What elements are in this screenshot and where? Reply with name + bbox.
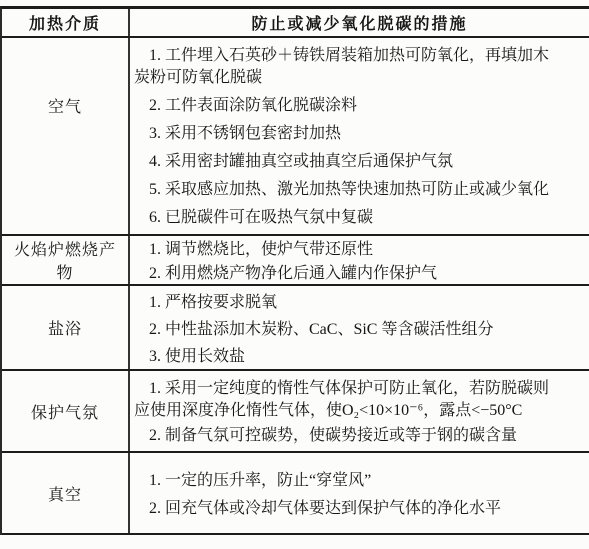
measure-line: 2. 利用燃烧产物净化后通入罐内作保护气 bbox=[134, 262, 585, 284]
measure-item: 3. 使用长效盐 bbox=[134, 346, 585, 368]
measure-item: 6. 已脱碳件可在吸热气氛中复碳 bbox=[134, 207, 585, 229]
measure-item: 3. 采用不锈钢包套密封加热 bbox=[134, 123, 585, 145]
heating-medium-label: 真空 bbox=[2, 453, 130, 533]
table-row: 空气1. 工件埋入石英砂＋铸铁屑装箱加热可防氧化，再填加木炭粉可防氧化脱碳2. … bbox=[2, 38, 589, 236]
heating-medium-label: 火焰炉燃烧产物 bbox=[2, 236, 130, 284]
scanned-document-page: 加热介质 防止或减少氧化脱碳的措施 空气1. 工件埋入石英砂＋铸铁屑装箱加热可防… bbox=[0, 0, 589, 549]
measures-cell: 1. 调节燃烧比，使炉气带还原性2. 利用燃烧产物净化后通入罐内作保护气 bbox=[130, 236, 589, 284]
measure-line: 4. 采用密封罐抽真空或抽真空后通保护气氛 bbox=[134, 151, 585, 173]
measure-item: 1. 调节燃烧比，使炉气带还原性 bbox=[134, 238, 585, 261]
measure-item: 2. 回充气体或冷却气体要达到保护气体的净化水平 bbox=[134, 498, 585, 520]
measure-item: 2. 中性盐添加木炭粉、CaC、SiC 等含碳活性组分 bbox=[134, 319, 585, 341]
measure-item: 1. 工件埋入石英砂＋铸铁屑装箱加热可防氧化，再填加木炭粉可防氧化脱碳 bbox=[134, 45, 585, 89]
measure-line: 6. 已脱碳件可在吸热气氛中复碳 bbox=[134, 207, 585, 229]
measure-line: 1. 采用一定纯度的惰性气体保护可防止氧化，若防脱碳则 bbox=[134, 378, 585, 400]
heating-medium-label: 空气 bbox=[2, 38, 130, 234]
measure-line: 1. 严格按要求脱氧 bbox=[134, 292, 585, 314]
measures-cell: 1. 工件埋入石英砂＋铸铁屑装箱加热可防氧化，再填加木炭粉可防氧化脱碳2. 工件… bbox=[130, 38, 589, 234]
measures-cell: 1. 采用一定纯度的惰性气体保护可防止氧化，若防脱碳则应使用深度净化惰性气体，使… bbox=[130, 371, 589, 451]
measures-cell: 1. 一定的压升率，防止“穿堂风”2. 回充气体或冷却气体要达到保护气体的净化水… bbox=[130, 453, 589, 533]
measure-item: 4. 采用密封罐抽真空或抽真空后通保护气氛 bbox=[134, 151, 585, 173]
measure-line: 炭粉可防氧化脱碳 bbox=[134, 67, 585, 89]
measure-line: 应使用深度净化惰性气体，使O₂<10×10⁻⁶，露点<−50°C bbox=[134, 400, 585, 422]
table-body: 空气1. 工件埋入石英砂＋铸铁屑装箱加热可防氧化，再填加木炭粉可防氧化脱碳2. … bbox=[2, 38, 589, 535]
measures-cell: 1. 严格按要求脱氧2. 中性盐添加木炭粉、CaC、SiC 等含碳活性组分3. … bbox=[130, 286, 589, 369]
column-header-heating-medium: 加热介质 bbox=[2, 9, 130, 36]
measure-item: 2. 利用燃烧产物净化后通入罐内作保护气 bbox=[134, 262, 585, 284]
table-row: 保护气氛1. 采用一定纯度的惰性气体保护可防止氧化，若防脱碳则应使用深度净化惰性… bbox=[2, 371, 589, 453]
measure-item: 1. 一定的压升率，防止“穿堂风” bbox=[134, 470, 585, 492]
measure-line: 2. 工件表面涂防氧化脱碳涂料 bbox=[134, 95, 585, 117]
measure-item: 1. 严格按要求脱氧 bbox=[134, 292, 585, 314]
measure-line: 1. 一定的压升率，防止“穿堂风” bbox=[134, 470, 585, 492]
column-header-measures: 防止或减少氧化脱碳的措施 bbox=[130, 9, 589, 36]
table-row: 真空1. 一定的压升率，防止“穿堂风”2. 回充气体或冷却气体要达到保护气体的净… bbox=[2, 453, 589, 535]
table-header-row: 加热介质 防止或减少氧化脱碳的措施 bbox=[2, 9, 589, 38]
measure-line: 2. 中性盐添加木炭粉、CaC、SiC 等含碳活性组分 bbox=[134, 319, 585, 341]
measure-item: 1. 采用一定纯度的惰性气体保护可防止氧化，若防脱碳则应使用深度净化惰性气体，使… bbox=[134, 378, 585, 422]
measure-item: 5. 采取感应加热、激光加热等快速加热可防止或减少氧化 bbox=[134, 179, 585, 201]
measure-line: 1. 工件埋入石英砂＋铸铁屑装箱加热可防氧化，再填加木 bbox=[134, 45, 585, 67]
oxidation-decarburization-table: 加热介质 防止或减少氧化脱碳的措施 空气1. 工件埋入石英砂＋铸铁屑装箱加热可防… bbox=[0, 6, 589, 535]
heating-medium-label: 盐浴 bbox=[2, 286, 130, 369]
measure-line: 5. 采取感应加热、激光加热等快速加热可防止或减少氧化 bbox=[134, 179, 585, 201]
measure-line: 3. 采用不锈钢包套密封加热 bbox=[134, 123, 585, 145]
measure-item: 2. 制备气氛可控碳势，使碳势接近或等于钢的碳含量 bbox=[134, 425, 585, 447]
measure-line: 2. 回充气体或冷却气体要达到保护气体的净化水平 bbox=[134, 498, 585, 520]
measure-line: 3. 使用长效盐 bbox=[134, 346, 585, 368]
heating-medium-label: 保护气氛 bbox=[2, 371, 130, 451]
measure-line: 2. 制备气氛可控碳势，使碳势接近或等于钢的碳含量 bbox=[134, 425, 585, 447]
table-row: 盐浴1. 严格按要求脱氧2. 中性盐添加木炭粉、CaC、SiC 等含碳活性组分3… bbox=[2, 286, 589, 371]
measure-line: 1. 调节燃烧比，使炉气带还原性 bbox=[134, 238, 585, 261]
table-row: 火焰炉燃烧产物1. 调节燃烧比，使炉气带还原性2. 利用燃烧产物净化后通入罐内作… bbox=[2, 236, 589, 286]
measure-item: 2. 工件表面涂防氧化脱碳涂料 bbox=[134, 95, 585, 117]
